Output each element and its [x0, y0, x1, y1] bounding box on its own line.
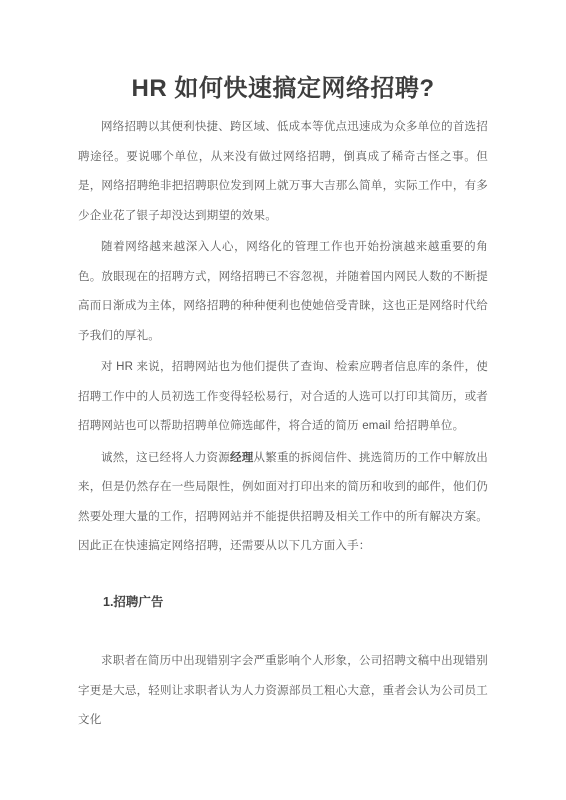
section-heading-recruitment-ad: 1.招聘广告	[78, 588, 488, 618]
paragraph-limitations-text-before: 诚然，这已经将人力资源	[101, 452, 230, 464]
paragraph-limitations-bold-term: 经理	[230, 452, 253, 464]
paragraph-hr-websites: 对 HR 来说，招聘网站也为他们提供了查询、检索应聘者信息库的条件，使招聘工作中…	[78, 353, 488, 442]
paragraph-intro-advantages: 网络招聘以其便利快捷、跨区域、低成本等优点迅速成为众多单位的首选招聘途径。要说哪…	[78, 113, 488, 231]
document-page: HR 如何快速搞定网络招聘? 网络招聘以其便利快捷、跨区域、低成本等优点迅速成为…	[0, 0, 566, 800]
paragraph-typo-impact: 求职者在简历中出现错别字会严重影响个人形象，公司招聘文稿中出现错别字更是大忌，轻…	[78, 647, 488, 736]
document-title: HR 如何快速搞定网络招聘?	[78, 73, 488, 105]
paragraph-limitations: 诚然，这已经将人力资源经理从繁重的拆阅信件、挑选简历的工作中解放出来，但是仍然存…	[78, 444, 488, 562]
paragraph-network-role: 随着网络越来越深入人心，网络化的管理工作也开始扮演越来越重要的角色。放眼现在的招…	[78, 233, 488, 351]
paragraph-limitations-text-after: 从繁重的拆阅信件、挑选简历的工作中解放出来，但是仍然存在一些局限性，例如面对打印…	[78, 452, 488, 553]
